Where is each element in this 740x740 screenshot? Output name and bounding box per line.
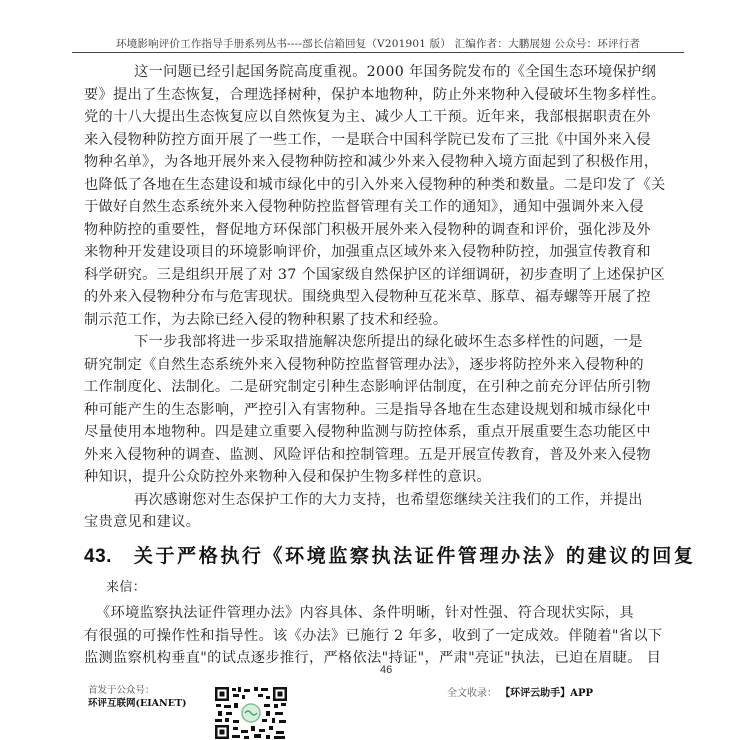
section-title: 关于严格执行《环境监察执法证件管理办法》的建议的回复 xyxy=(134,545,696,567)
body-line: 科学研究。三是组织开展了对 37 个国家级自然保护区的详细调研，初步查明了上述保… xyxy=(84,265,665,285)
body-line: 要》提出了生态恢复，合理选择树种，保护本地物种，防止外来物种入侵破坏生物多样性。 xyxy=(84,85,666,105)
page-number: 46 xyxy=(380,664,392,676)
body-line: 物种防控的重要性，督促地方环保部门积极开展外来入侵物种的调查和评价，强化涉及外 xyxy=(84,220,651,240)
body-line: 种可能产生的生态影响，严控引入有害物种。三是指导各地在生态建设规划和城市绿化中 xyxy=(84,400,651,420)
body-line: 宝贵意见和建议。 xyxy=(84,512,200,532)
body-line: 尽量使用本地物种。四是建立重要入侵物种监测与防控体系，重点开展重要生态功能区中 xyxy=(84,422,651,442)
body-line: 这一问题已经引起国务院高度重视。2000 年国务院发布的《全国生态环境保护纲 xyxy=(134,62,656,82)
body-line: 工作制度化、法制化。二是研究制定引种生态影响评估制度，在引种之前充分评估所引物 xyxy=(84,377,651,397)
body-line: 的外来入侵物种分布与危害现状。围绕典型入侵物种互花米草、豚草、福寿螺等开展了控 xyxy=(84,287,651,307)
body-line: 制示范工作，为去除已经入侵的物种积累了技术和经验。 xyxy=(84,310,447,330)
section-heading: 43.关于严格执行《环境监察执法证件管理办法》的建议的回复 xyxy=(84,541,696,568)
body-line: 来物种开发建设项目的环境影响评价，加强重点区域外来入侵物种防控，加强宣传教育和 xyxy=(84,242,651,262)
body-line: 种知识，提升公众防控外来物种入侵和保护生物多样性的意识。 xyxy=(84,467,491,487)
app-name: 【环评云助手】APP xyxy=(500,688,593,699)
header-divider xyxy=(72,52,684,53)
body-line: 物种名单》，为各地开展外来入侵物种防控和减少外来入侵物种入境方面起到了积极作用， xyxy=(84,152,658,172)
body-line: 研究制定《自然生态系统外来入侵物种防控监督管理办法》，逐步将防控外来入侵物种的 xyxy=(84,355,644,375)
body-line: 于做好自然生态系统外来入侵物种防控监督管理有关工作的通知》，通知中强调外来入侵 xyxy=(84,197,644,217)
body-line: 下一步我部将进一步采取措施解决您所提出的绿化破坏生态多样性的问题，一是 xyxy=(134,332,643,352)
first-published-label: 首发于公众号： xyxy=(88,684,187,697)
letter-label: 来信： xyxy=(106,578,146,598)
body-line: 也降低了各地在生态建设和城市绿化中的引入外来入侵物种的种类和数量。二是印发了《关 xyxy=(84,175,666,195)
account-name: 环评互联网(EIANET) xyxy=(88,697,187,710)
letter-line: 《环境监察执法证件管理办法》内容具体、条件明晰，针对性强、符合现状实际，具 xyxy=(96,603,634,623)
footer-collection: 全文收录： 【环评云助手】APP xyxy=(447,684,593,699)
body-line: 再次感谢您对生态保护工作的大力支持，也希望您继续关注我们的工作，并提出 xyxy=(134,490,643,510)
letter-line: 有很强的可操作性和指导性。该《办法》已施行 2 年多，收到了一定成效。伴随着"省… xyxy=(84,626,662,646)
body-line: 党的十八大提出生态恢复应以自然恢复为主、减少人工干预。近年来，我部根据职责在外 xyxy=(84,107,651,127)
body-line: 来入侵物种防控方面开展了一些工作，一是联合中国科学院已发布了三批《中国外来入侵 xyxy=(84,130,651,150)
qr-code-icon xyxy=(214,686,288,740)
running-header: 环境影响评价工作指导手册系列丛书----部长信箱回复（V201901 版） 汇编… xyxy=(72,36,684,51)
body-line: 外来入侵物种的调查、监测、风险评估和控制管理。五是开展宣传教育，普及外来入侵物 xyxy=(84,445,651,465)
section-number: 43. xyxy=(84,546,112,567)
footer-publisher: 首发于公众号： 环评互联网(EIANET) xyxy=(88,684,187,710)
collection-label: 全文收录： xyxy=(447,688,497,699)
letter-line: 监测监察机构垂直"的试点逐步推行，严格依法"持证"，严肃"亮证"执法，已迫在眉睫… xyxy=(84,648,661,668)
